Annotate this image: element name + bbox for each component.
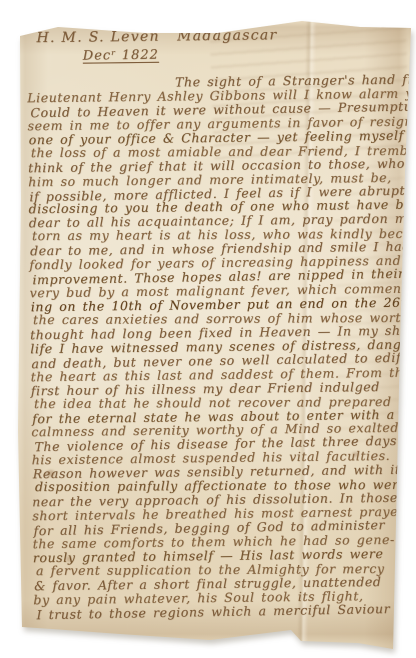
- manuscript-line: torn as my heart is at his loss, who was…: [32, 227, 403, 243]
- manuscript-line: the idea that he should not recover and …: [34, 394, 405, 410]
- manuscript-line: a fervent supplication to the Almighty f…: [36, 562, 407, 578]
- manuscript-line: disposition painfully affectionate to th…: [35, 478, 406, 494]
- letter-text: H. M. S. Leven Madagascar Decʳ 1822 The …: [26, 26, 407, 621]
- letter-body: The sight of a Stranger's hand from the …: [27, 73, 408, 621]
- manuscript-line: the cares anxieties and sorrows of him w…: [33, 311, 404, 327]
- letter-paper-wrapper: H. M. S. Leven Madagascar Decʳ 1822 The …: [0, 0, 416, 658]
- manuscript-line: the loss of a most amiable and dear Frie…: [31, 144, 402, 160]
- photograph-background: H. M. S. Leven Madagascar Decʳ 1822 The …: [0, 0, 416, 658]
- letter-paper: H. M. S. Leven Madagascar Decʳ 1822 The …: [0, 0, 416, 658]
- letter-heading-ship: H. M. S. Leven Madagascar: [36, 26, 400, 46]
- letter-heading-date: Decʳ 1822: [83, 45, 401, 64]
